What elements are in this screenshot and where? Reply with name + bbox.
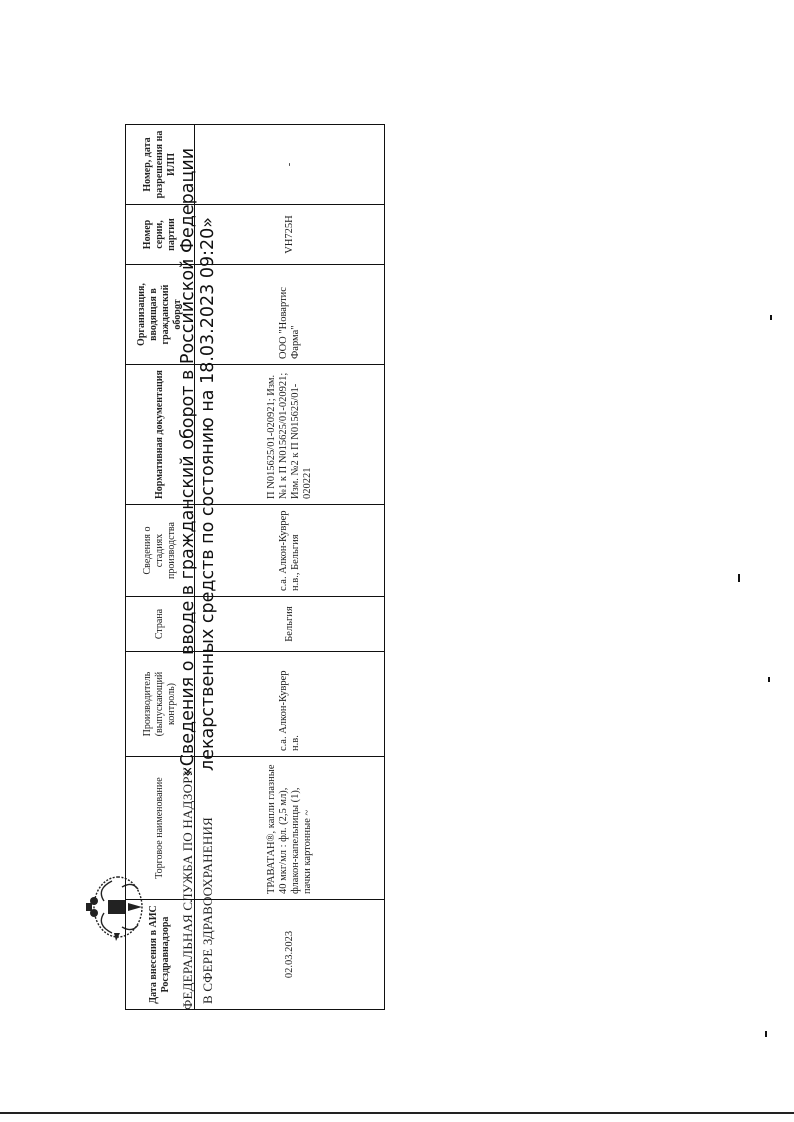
col-header-batch: Номер серии, партии (126, 205, 195, 265)
col-header-country: Страна (126, 597, 195, 652)
cell-production-stages: с.а. Алкон-Куврер н.в., Бельгия (195, 505, 385, 597)
cell-date: 02.03.2023 (195, 900, 385, 1010)
col-header-distributor: Организация, вводящая в гражданский обор… (126, 265, 195, 365)
cell-manufacturer: с.а. Алкон-Куврер н.в. (195, 652, 385, 757)
table-header-row: Дата внесения в АИС Росздравнадзора Торг… (126, 125, 195, 1010)
col-header-permit: Номер, дата разрешения на ИЛП (126, 125, 195, 205)
table-row: 02.03.2023 ТРАВАТАН®, капли глазные 40 м… (195, 125, 385, 1010)
col-header-date: Дата внесения в АИС Росздравнадзора (126, 900, 195, 1010)
cell-batch: VH725H (195, 205, 385, 265)
scan-speck (738, 574, 740, 582)
col-header-regulatory-docs: Нормативная документация (126, 365, 195, 505)
col-header-trade-name: Торговое наименование (126, 757, 195, 900)
scan-edge-line (0, 1112, 794, 1114)
scan-speck (765, 1031, 767, 1037)
document-page: ФЕДЕРАЛЬНАЯ СЛУЖБА ПО НАДЗОРУ В СФЕРЕ ЗД… (0, 0, 794, 1122)
cell-distributor: ООО "Новартис Фарма" (195, 265, 385, 365)
col-header-manufacturer: Производитель (выпускающий контроль) (126, 652, 195, 757)
cell-regulatory-docs: П N015625/01-020921; Изм. №1 к П N015625… (195, 365, 385, 505)
col-header-production-stages: Сведения о стадиях производства (126, 505, 195, 597)
registry-table: Дата внесения в АИС Росздравнадзора Торг… (125, 124, 385, 1010)
cell-trade-name: ТРАВАТАН®, капли глазные 40 мкг/мл : фл.… (195, 757, 385, 900)
cell-permit: - (195, 125, 385, 205)
scan-speck (768, 677, 770, 682)
cell-country: Бельгия (195, 597, 385, 652)
scan-speck (770, 315, 772, 320)
